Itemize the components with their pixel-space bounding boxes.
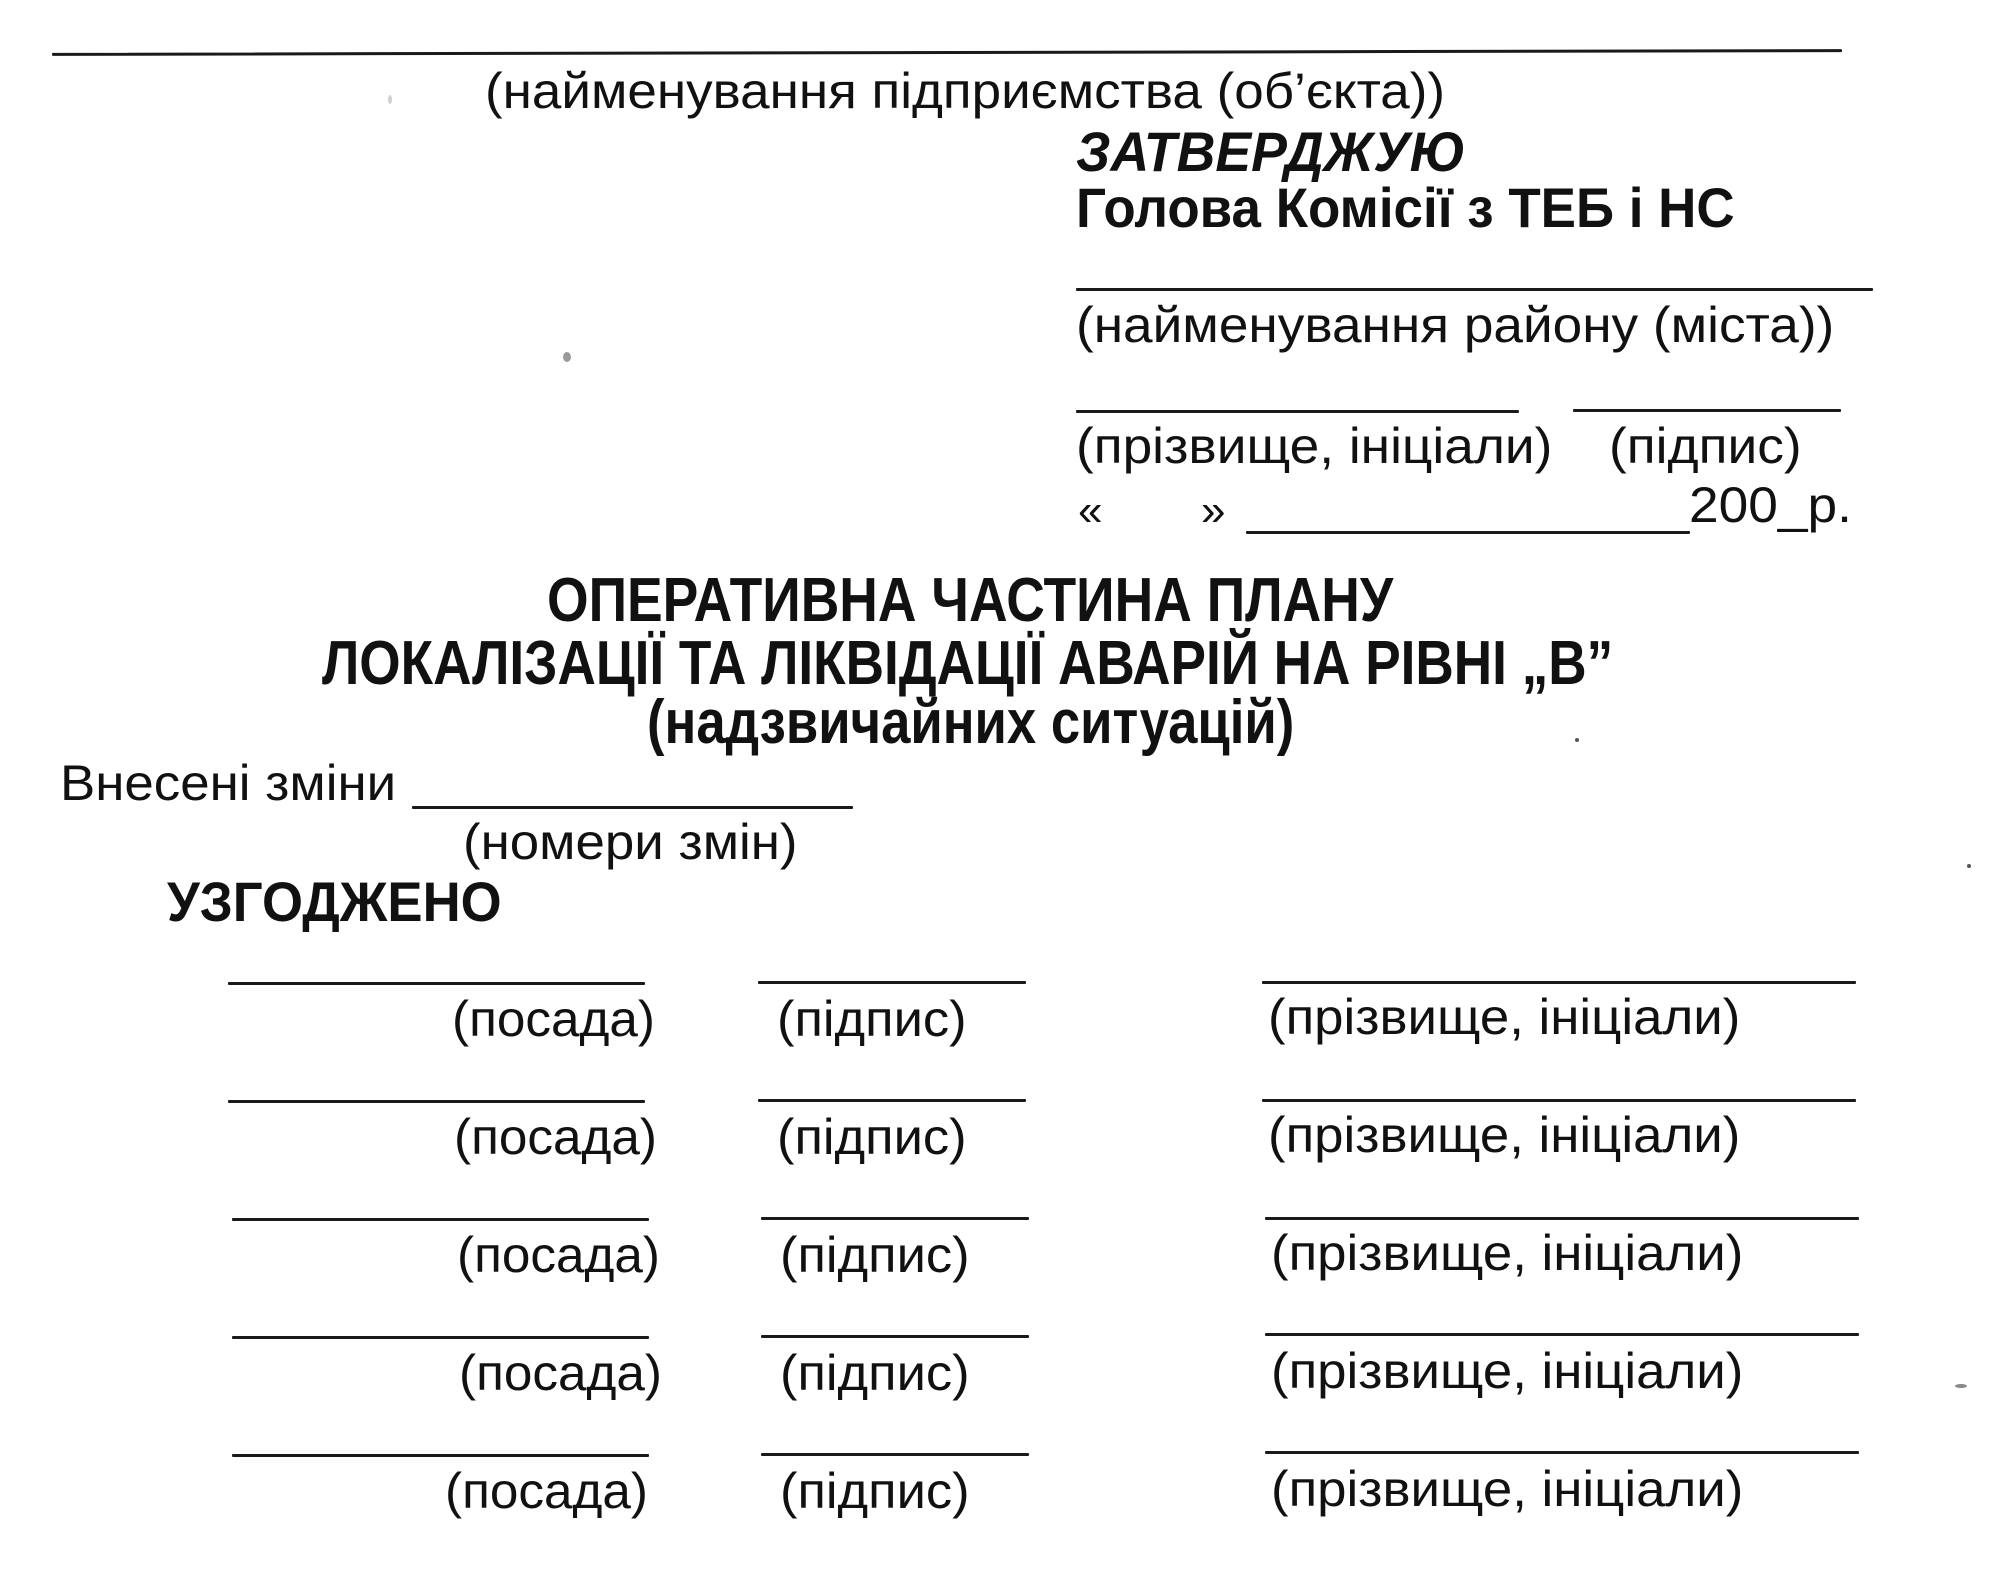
document-title-line-2: ЛОКАЛІЗАЦІЇ ТА ЛІКВІДАЦІЇ АВАРІЙ НА РІВН… [322, 633, 1613, 695]
changes-label: Внесені зміни [60, 758, 396, 808]
name-line[interactable] [1262, 981, 1856, 984]
name-line[interactable] [1265, 1333, 1859, 1336]
approver-name-line[interactable] [1076, 410, 1519, 413]
approver-signature-caption: (підпис) [1609, 421, 1802, 471]
position-caption: (посада) [445, 1466, 648, 1516]
signature-caption: (підпис) [777, 994, 967, 1044]
signature-line[interactable] [761, 1335, 1029, 1338]
changes-numbers-caption: (номери змін) [463, 817, 798, 867]
signature-caption: (підпис) [780, 1348, 970, 1398]
name-caption: (прізвище, ініціали) [1271, 1464, 1743, 1514]
scan-speck [563, 352, 571, 362]
scan-speck [1967, 864, 1971, 868]
date-close-quote: » [1201, 489, 1225, 533]
position-caption: (посада) [457, 1230, 660, 1280]
signature-line[interactable] [761, 1217, 1029, 1220]
date-month-line[interactable] [1246, 531, 1690, 534]
approver-signature-line[interactable] [1573, 409, 1841, 412]
signature-line[interactable] [758, 981, 1026, 984]
document-title-line-3: (надзвичайних ситуацій) [647, 692, 1294, 754]
position-line[interactable] [232, 1336, 649, 1339]
scan-speck [388, 95, 392, 104]
position-line[interactable] [232, 1218, 649, 1221]
date-open-quote: « [1078, 489, 1102, 533]
name-caption: (прізвище, ініціали) [1271, 1346, 1743, 1396]
date-year-suffix: 200_р. [1689, 480, 1852, 530]
position-caption: (посада) [454, 1112, 657, 1162]
name-line[interactable] [1265, 1451, 1859, 1454]
name-line[interactable] [1262, 1099, 1856, 1102]
scan-speck [1955, 1384, 1967, 1388]
position-line[interactable] [228, 1100, 645, 1103]
name-caption: (прізвище, ініціали) [1268, 992, 1740, 1042]
signature-line[interactable] [758, 1099, 1026, 1102]
signature-caption: (підпис) [780, 1466, 970, 1516]
document-page: (найменування підприємства (об’єкта)) ЗА… [0, 0, 2008, 1583]
name-caption: (прізвище, ініціали) [1268, 1110, 1740, 1160]
signature-caption: (підпис) [777, 1112, 967, 1162]
signature-line[interactable] [761, 1453, 1029, 1456]
document-title-line-1: ОПЕРАТИВНА ЧАСТИНА ПЛАНУ [547, 570, 1393, 632]
enterprise-name-caption: (найменування підприємства (об’єкта)) [485, 66, 1445, 116]
approver-name-caption: (прізвище, ініціали) [1076, 421, 1552, 471]
agreed-heading: УЗГОДЖЕНО [167, 874, 502, 930]
district-name-line[interactable] [1076, 288, 1873, 291]
signature-caption: (підпис) [780, 1230, 970, 1280]
scan-speck [1575, 738, 1579, 742]
position-caption: (посада) [452, 994, 655, 1044]
enterprise-name-line[interactable] [52, 49, 1842, 56]
approval-position: Голова Комісії з ТЕБ і НС [1076, 180, 1735, 236]
position-caption: (посада) [459, 1348, 662, 1398]
district-name-caption: (найменування району (міста)) [1076, 300, 1834, 350]
approval-stamp: ЗАТВЕРДЖУЮ [1076, 124, 1466, 180]
name-line[interactable] [1265, 1217, 1859, 1220]
changes-numbers-line[interactable] [412, 806, 853, 809]
name-caption: (прізвище, ініціали) [1271, 1228, 1743, 1278]
position-line[interactable] [232, 1454, 649, 1457]
position-line[interactable] [228, 982, 645, 985]
